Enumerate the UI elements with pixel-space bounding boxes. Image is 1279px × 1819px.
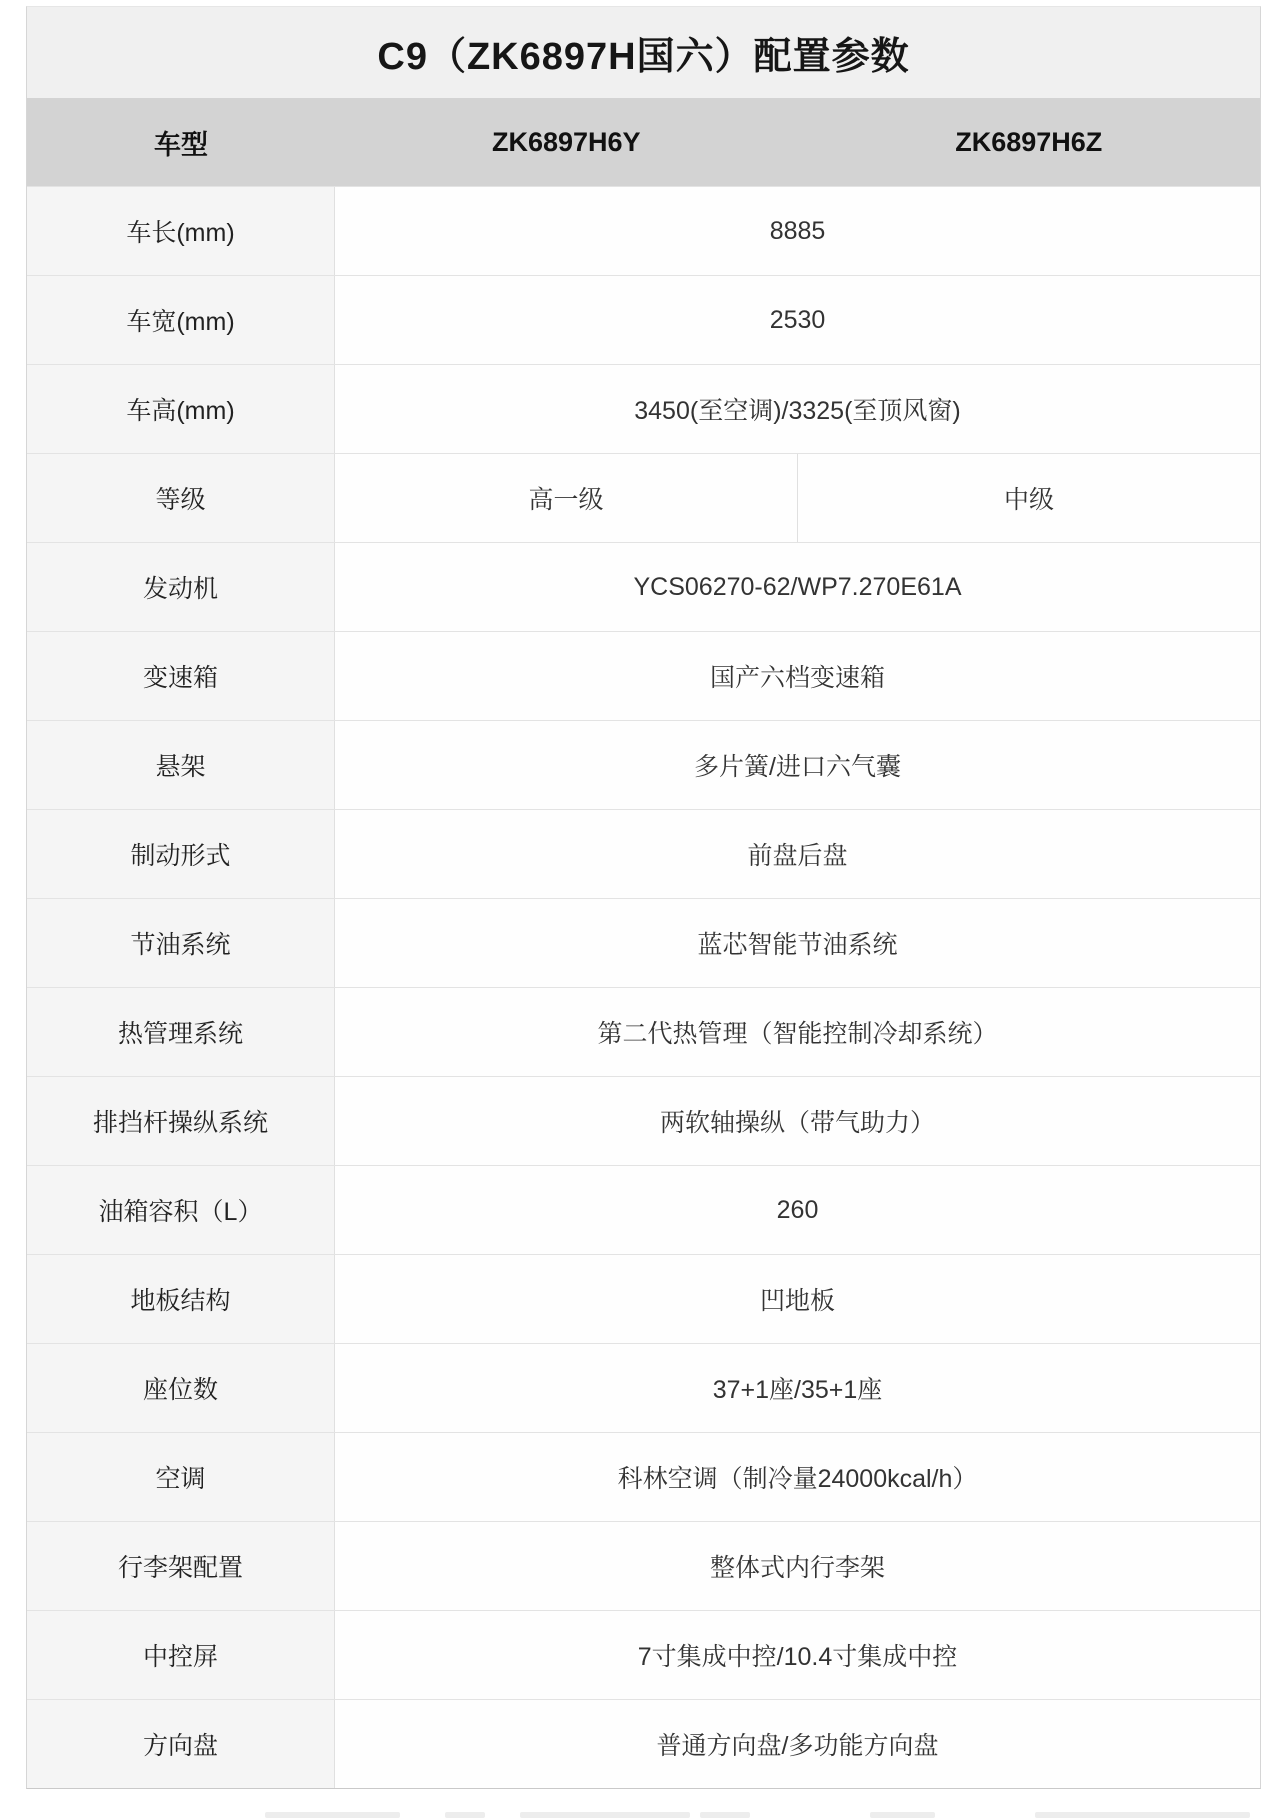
- row-label: 行李架配置: [27, 1522, 335, 1610]
- row-label: 空调: [27, 1433, 335, 1521]
- table-row: 中控屏7寸集成中控/10.4寸集成中控: [27, 1610, 1260, 1699]
- row-value: 37+1座/35+1座: [335, 1344, 1260, 1432]
- table-row: 制动形式前盘后盘: [27, 809, 1260, 898]
- row-value: 蓝芯智能节油系统: [335, 899, 1260, 987]
- table-row: 油箱容积（L）260: [27, 1165, 1260, 1254]
- cropped-fragment: [265, 1812, 400, 1818]
- spec-table: C9（ZK6897H国六）配置参数 车型 ZK6897H6Y ZK6897H6Z…: [26, 6, 1261, 1789]
- row-value: 高一级: [335, 454, 797, 542]
- row-value: YCS06270-62/WP7.270E61A: [335, 543, 1260, 631]
- row-label: 中控屏: [27, 1611, 335, 1699]
- table-row: 地板结构凹地板: [27, 1254, 1260, 1343]
- row-value: 整体式内行李架: [335, 1522, 1260, 1610]
- header-cell-model-label: 车型: [27, 98, 335, 186]
- table-row: 排挡杆操纵系统两软轴操纵（带气助力）: [27, 1076, 1260, 1165]
- row-label: 车高(mm): [27, 365, 335, 453]
- row-label: 座位数: [27, 1344, 335, 1432]
- table-row: 座位数37+1座/35+1座: [27, 1343, 1260, 1432]
- cropped-fragment: [1035, 1812, 1250, 1818]
- row-label: 地板结构: [27, 1255, 335, 1343]
- cropped-next-section-fragments: [0, 1811, 1279, 1819]
- row-label: 方向盘: [27, 1700, 335, 1788]
- row-value: 普通方向盘/多功能方向盘: [335, 1700, 1260, 1788]
- table-row: 车长(mm)8885: [27, 186, 1260, 275]
- row-label: 节油系统: [27, 899, 335, 987]
- row-label: 油箱容积（L）: [27, 1166, 335, 1254]
- row-value: 第二代热管理（智能控制冷却系统）: [335, 988, 1260, 1076]
- table-row: 悬架多片簧/进口六气囊: [27, 720, 1260, 809]
- row-value: 7寸集成中控/10.4寸集成中控: [335, 1611, 1260, 1699]
- row-value: 3450(至空调)/3325(至顶风窗): [335, 365, 1260, 453]
- cropped-fragment: [870, 1812, 935, 1818]
- table-row: 等级高一级中级: [27, 453, 1260, 542]
- row-label: 等级: [27, 454, 335, 542]
- row-value: 前盘后盘: [335, 810, 1260, 898]
- table-row: 空调科林空调（制冷量24000kcal/h）: [27, 1432, 1260, 1521]
- row-value: 中级: [797, 454, 1260, 542]
- cropped-fragment: [445, 1812, 485, 1818]
- row-value: 8885: [335, 187, 1260, 275]
- cropped-fragment: [520, 1812, 690, 1818]
- table-row: 节油系统蓝芯智能节油系统: [27, 898, 1260, 987]
- title-band: C9（ZK6897H国六）配置参数: [27, 7, 1260, 98]
- table-row: 热管理系统第二代热管理（智能控制冷却系统）: [27, 987, 1260, 1076]
- row-value: 两软轴操纵（带气助力）: [335, 1077, 1260, 1165]
- header-cell-model-b: ZK6897H6Z: [798, 98, 1261, 186]
- spec-table-body: 车长(mm)8885车宽(mm)2530车高(mm)3450(至空调)/3325…: [27, 186, 1260, 1788]
- row-value: 多片簧/进口六气囊: [335, 721, 1260, 809]
- row-label: 车长(mm): [27, 187, 335, 275]
- table-row: 车宽(mm)2530: [27, 275, 1260, 364]
- row-label: 制动形式: [27, 810, 335, 898]
- row-label: 变速箱: [27, 632, 335, 720]
- header-cell-model-a: ZK6897H6Y: [335, 98, 798, 186]
- row-label: 发动机: [27, 543, 335, 631]
- table-row: 车高(mm)3450(至空调)/3325(至顶风窗): [27, 364, 1260, 453]
- row-label: 车宽(mm): [27, 276, 335, 364]
- row-label: 热管理系统: [27, 988, 335, 1076]
- table-row: 行李架配置整体式内行李架: [27, 1521, 1260, 1610]
- cropped-fragment: [700, 1812, 750, 1818]
- table-header-row: 车型 ZK6897H6Y ZK6897H6Z: [27, 98, 1260, 186]
- row-value: 2530: [335, 276, 1260, 364]
- row-value: 260: [335, 1166, 1260, 1254]
- table-row: 变速箱国产六档变速箱: [27, 631, 1260, 720]
- row-label: 排挡杆操纵系统: [27, 1077, 335, 1165]
- row-value: 凹地板: [335, 1255, 1260, 1343]
- row-label: 悬架: [27, 721, 335, 809]
- row-value: 科林空调（制冷量24000kcal/h）: [335, 1433, 1260, 1521]
- row-value: 国产六档变速箱: [335, 632, 1260, 720]
- table-row: 发动机YCS06270-62/WP7.270E61A: [27, 542, 1260, 631]
- table-row: 方向盘普通方向盘/多功能方向盘: [27, 1699, 1260, 1788]
- page-title: C9（ZK6897H国六）配置参数: [377, 25, 909, 80]
- page: { "page": { "title": "C9（ZK6897H国六）配置参数"…: [0, 0, 1279, 1819]
